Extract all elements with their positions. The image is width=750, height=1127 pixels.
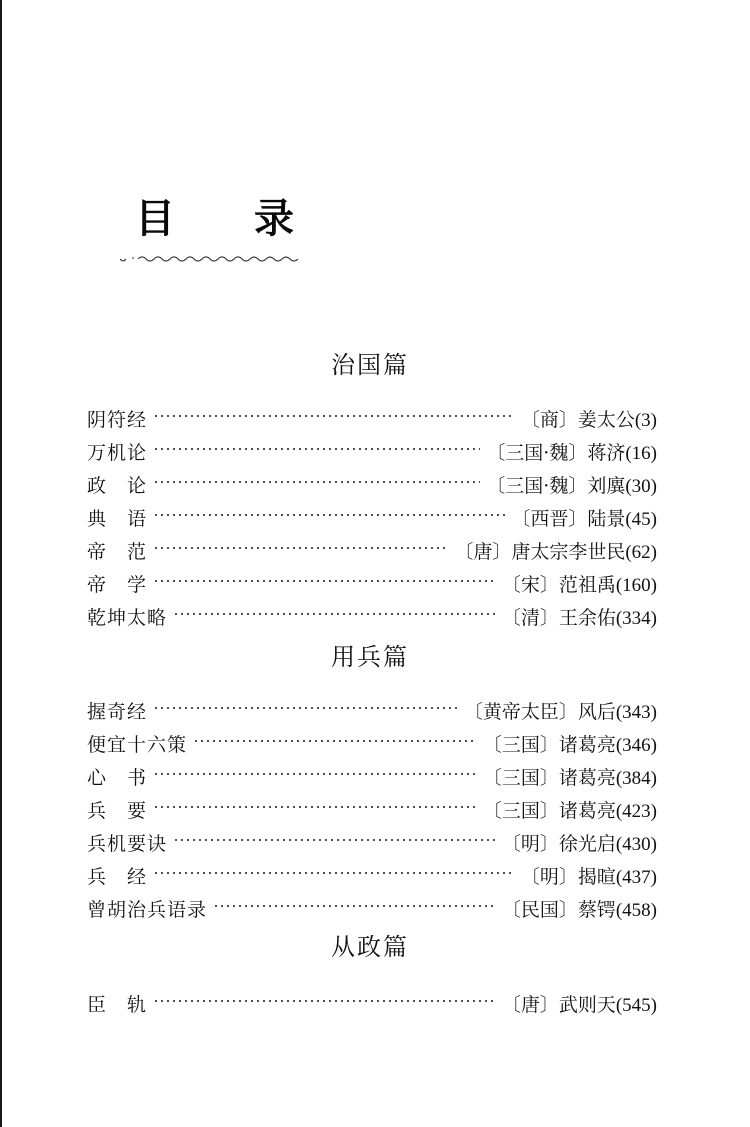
- dot-leader: [213, 888, 496, 916]
- entry-author: 〔清〕王余佑: [502, 604, 616, 632]
- entry-author: 〔三国〕诸葛亮: [483, 731, 616, 759]
- entry-author: 〔三国·魏〕刘廙: [486, 472, 625, 500]
- section-heading-governance: 治国篇: [0, 350, 750, 380]
- entry-author: 〔宋〕范祖禹: [502, 571, 616, 599]
- toc-entry[interactable]: 帝 范 〔唐〕唐太宗李世民 (62): [87, 530, 657, 558]
- section-heading-text: 治国篇: [331, 350, 409, 380]
- entry-author: 〔三国〕诸葛亮: [483, 797, 616, 825]
- entry-page-number: (545): [616, 992, 657, 1020]
- entry-title: 帝 学: [87, 571, 147, 599]
- toc-entry[interactable]: 政 论 〔三国·魏〕刘廙 (30): [87, 464, 657, 492]
- toc-entry[interactable]: 握奇经 〔黄帝太臣〕风后 (343): [87, 690, 657, 718]
- dot-leader: [153, 983, 496, 1011]
- entry-author: 〔三国·魏〕蒋济: [486, 439, 625, 467]
- section-heading-military: 用兵篇: [0, 642, 750, 672]
- toc-entry[interactable]: 阴符经 〔商〕姜太公 (3): [87, 398, 657, 426]
- entry-title: 臣 轨: [87, 991, 147, 1019]
- entry-title: 曾胡治兵语录: [87, 896, 207, 924]
- dot-leader: [153, 398, 515, 426]
- entry-author: 〔三国〕诸葛亮: [483, 764, 616, 792]
- dot-leader: [153, 789, 477, 817]
- entry-title: 帝 范: [87, 538, 147, 566]
- section-heading-politics: 从政篇: [0, 932, 750, 962]
- toc-entry[interactable]: 兵机要诀 〔明〕徐光启 (430): [87, 822, 657, 850]
- entry-author: 〔唐〕武则天: [502, 991, 616, 1019]
- section-heading-text: 从政篇: [331, 932, 409, 962]
- dot-leader: [153, 563, 496, 591]
- entry-author: 〔黄帝太臣〕风后: [464, 698, 616, 726]
- toc-entry[interactable]: 兵 经 〔明〕揭暄 (437): [87, 855, 657, 883]
- dot-leader: [173, 596, 496, 624]
- toc-entry[interactable]: 心 书 〔三国〕诸葛亮 (384): [87, 756, 657, 784]
- entry-page-number: (458): [616, 897, 657, 925]
- entry-title: 万机论: [87, 439, 147, 467]
- entry-title: 心 书: [87, 764, 147, 792]
- toc-entry[interactable]: 臣 轨 〔唐〕武则天 (545): [87, 983, 657, 1011]
- toc-entry[interactable]: 兵 要 〔三国〕诸葛亮 (423): [87, 789, 657, 817]
- entry-author: 〔商〕姜太公: [521, 406, 635, 434]
- entry-author: 〔西晋〕陆景: [511, 505, 625, 533]
- toc-entry[interactable]: 典 语 〔西晋〕陆景 (45): [87, 497, 657, 525]
- entry-author: 〔明〕徐光启: [502, 830, 616, 858]
- toc-entry[interactable]: 便宜十六策 〔三国〕诸葛亮 (346): [87, 723, 657, 751]
- page-title-char-2: 录: [254, 194, 294, 244]
- toc-entry[interactable]: 乾坤太略 〔清〕王余佑 (334): [87, 596, 657, 624]
- entry-title: 阴符经: [87, 406, 147, 434]
- entry-author: 〔明〕揭暄: [521, 863, 616, 891]
- dot-leader: [193, 723, 477, 751]
- page-title-char-1: 目: [135, 194, 175, 244]
- dot-leader: [153, 756, 477, 784]
- toc-entry[interactable]: 帝 学 〔宋〕范祖禹 (160): [87, 563, 657, 591]
- entry-page-number: (334): [616, 605, 657, 633]
- wavy-underline-decoration: [120, 254, 302, 264]
- entry-title: 政 论: [87, 472, 147, 500]
- entry-author: 〔唐〕唐太宗李世民: [454, 538, 625, 566]
- dot-leader: [153, 497, 505, 525]
- section-heading-text: 用兵篇: [331, 642, 409, 672]
- dot-leader: [153, 431, 480, 459]
- entry-author: 〔民国〕蔡锷: [502, 896, 616, 924]
- dot-leader: [153, 855, 515, 883]
- toc-entry[interactable]: 万机论 〔三国·魏〕蒋济 (16): [87, 431, 657, 459]
- entry-title: 典 语: [87, 505, 147, 533]
- entry-title: 兵机要诀: [87, 830, 167, 858]
- page-title: 目 录: [130, 194, 330, 244]
- dot-leader: [153, 530, 448, 558]
- dot-leader: [153, 464, 480, 492]
- entry-title: 便宜十六策: [87, 731, 187, 759]
- toc-entry[interactable]: 曾胡治兵语录 〔民国〕蔡锷 (458): [87, 888, 657, 916]
- dot-leader: [153, 690, 458, 718]
- entry-title: 乾坤太略: [87, 604, 167, 632]
- entry-title: 兵 经: [87, 863, 147, 891]
- dot-leader: [173, 822, 496, 850]
- entry-title: 握奇经: [87, 698, 147, 726]
- entry-title: 兵 要: [87, 797, 147, 825]
